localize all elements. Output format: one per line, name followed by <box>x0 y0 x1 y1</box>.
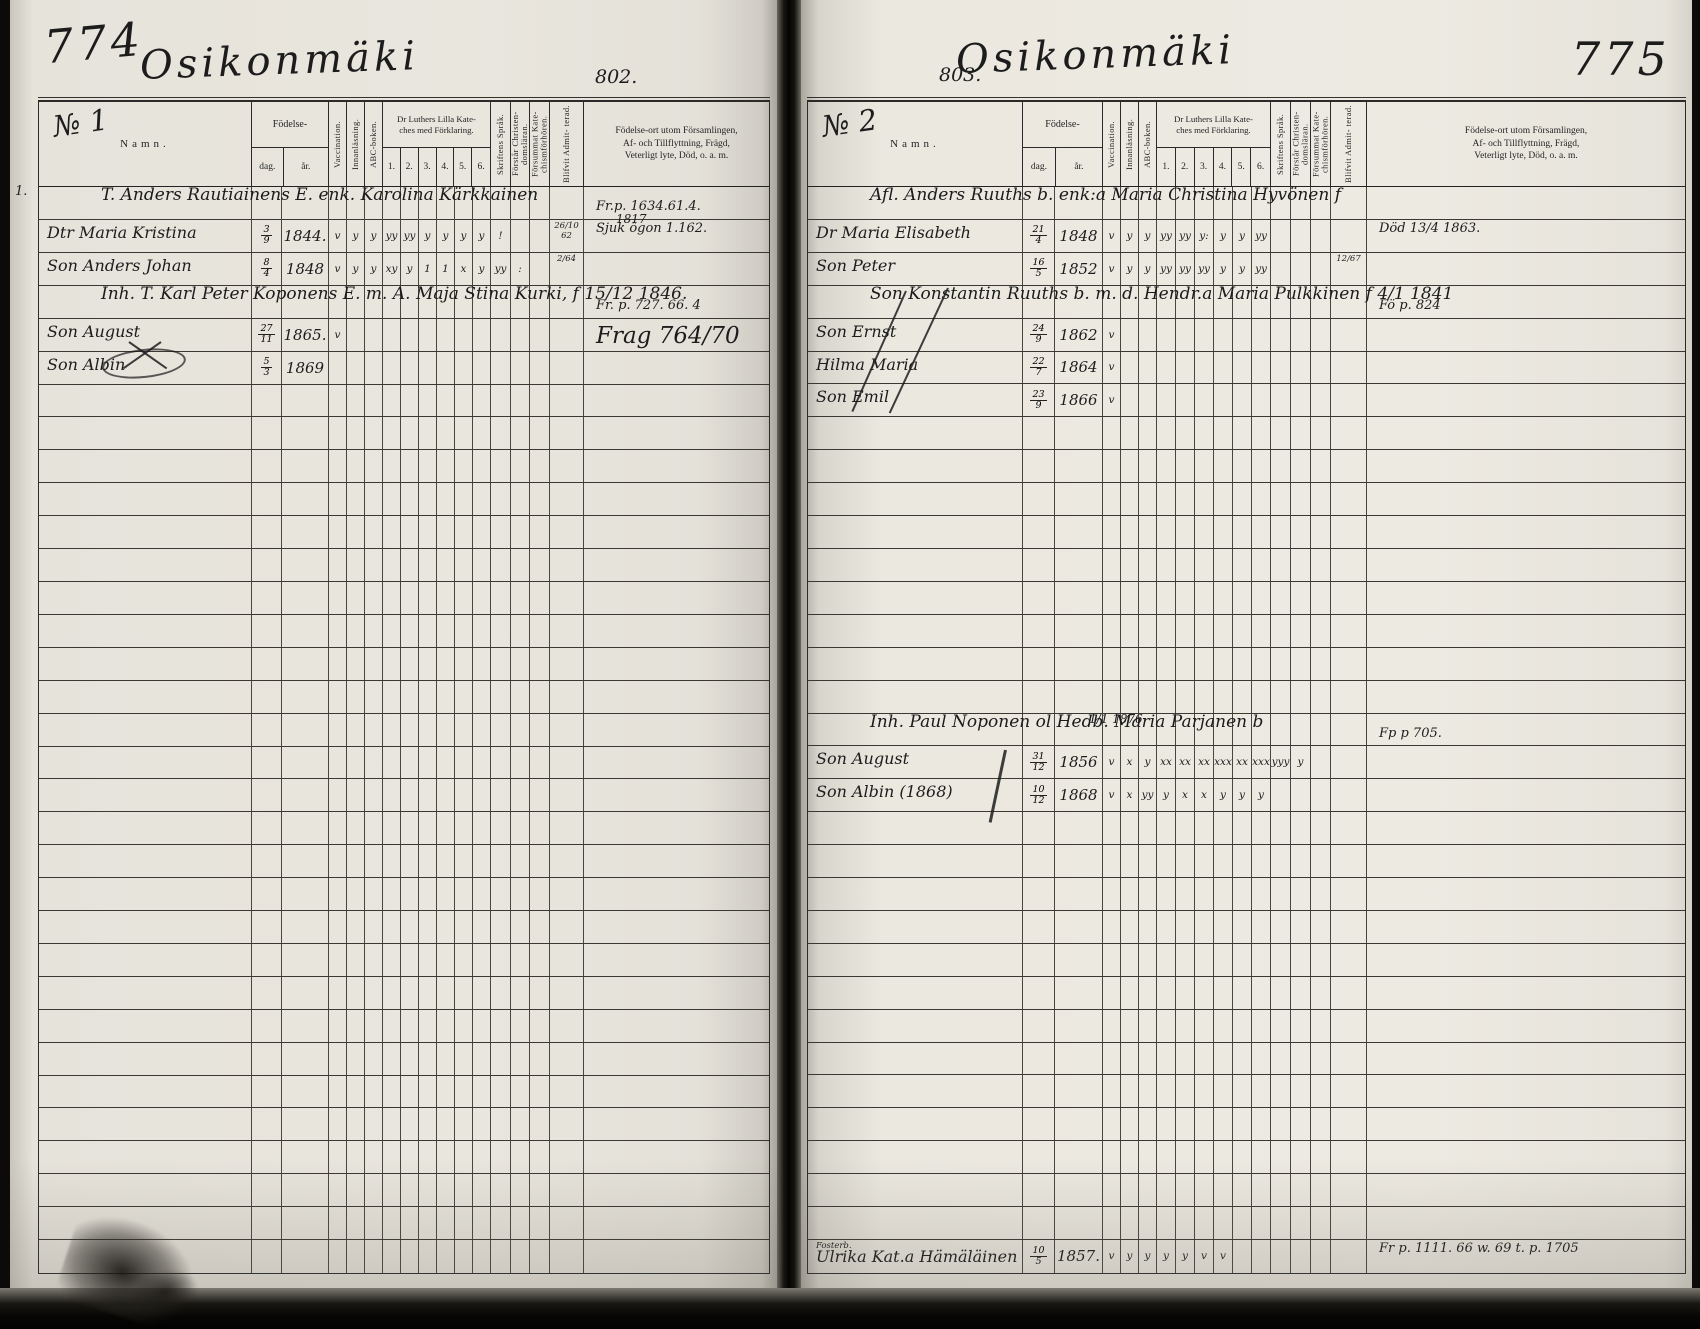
admitted-header: Blifvit Admit- terad. <box>1331 102 1366 186</box>
mark-cell: y <box>1176 1240 1195 1273</box>
admitted-cell <box>1331 417 1367 449</box>
mark-cell <box>329 779 347 811</box>
mark-cell <box>419 516 437 548</box>
mark-cell <box>329 450 347 482</box>
admitted-cell <box>550 878 584 910</box>
name-cell <box>808 516 1023 548</box>
mark-cell <box>347 483 365 515</box>
mark-cell <box>1195 384 1214 416</box>
mark-cell <box>1271 1174 1291 1206</box>
birth-day-cell <box>252 1010 282 1042</box>
remarks-cell <box>1367 1174 1685 1206</box>
mark-cell <box>1103 1043 1121 1075</box>
mark-cell: yy <box>383 220 401 252</box>
mark-cell <box>511 944 530 976</box>
birth-year-cell <box>282 878 329 910</box>
reading-header: Innanläsning. <box>347 102 364 186</box>
mark-cell <box>365 944 383 976</box>
col-admitted-header: Blifvit Admit- terad. <box>1331 102 1367 186</box>
mark-cell <box>347 779 365 811</box>
mark-cell <box>1311 253 1331 285</box>
remarks-header: Födelse-ort utom Församlingen,Af- och Ti… <box>1367 102 1685 186</box>
admitted-cell <box>1331 1043 1367 1075</box>
mark-cell <box>473 450 491 482</box>
name-cell: Son August <box>808 746 1023 778</box>
mark-cell <box>347 385 365 417</box>
birth-year-cell: 1865. <box>282 319 329 351</box>
admitted-cell <box>550 483 584 515</box>
mark-cell <box>383 779 401 811</box>
mark-cell <box>1157 1043 1176 1075</box>
mark-cell <box>383 450 401 482</box>
fraction-denominator: 12 <box>1032 796 1044 806</box>
mark-cell <box>383 878 401 910</box>
remarks-cell <box>1367 187 1685 219</box>
table-row: Dtr Maria Kristina391844.vyyyyyyyyyy!26/… <box>39 220 769 253</box>
mark-cell <box>1291 417 1311 449</box>
birth-subheaders: dag.år. <box>1023 147 1102 186</box>
mark-cell <box>383 1043 401 1075</box>
name-cell <box>808 1207 1023 1239</box>
admitted-cell <box>1331 549 1367 581</box>
understands-doctrine-header: Förstår Christen- domsläran. <box>511 102 529 186</box>
mark-cell <box>1233 516 1252 548</box>
mark-cell <box>530 944 550 976</box>
mark-cell <box>1311 878 1331 910</box>
mark-cell <box>1271 220 1291 252</box>
mark-cell <box>329 417 347 449</box>
remarks-cell <box>584 1076 769 1108</box>
birth-subheaders: dag.år. <box>252 147 328 186</box>
mark-cell <box>1252 319 1271 351</box>
table-row <box>39 779 769 812</box>
mark-cell <box>1311 582 1331 614</box>
table-row <box>808 648 1685 681</box>
mark-cell <box>511 1174 530 1206</box>
mark-cell <box>455 1141 473 1173</box>
mark-cell <box>511 450 530 482</box>
remarks-cell <box>1367 1141 1685 1173</box>
mark-cell <box>1214 878 1233 910</box>
mark-cell <box>491 1076 511 1108</box>
mark-cell: y <box>365 220 383 252</box>
table-row <box>808 977 1685 1010</box>
mark-cell <box>1139 582 1157 614</box>
mark-cell <box>1121 944 1139 976</box>
mark-cell: x <box>455 253 473 285</box>
birth-day-cell: 2711 <box>252 319 282 351</box>
birth-day-cell: 53 <box>252 352 282 384</box>
birth-day-fraction: 105 <box>1030 1246 1046 1267</box>
mark-cell <box>1252 582 1271 614</box>
page-right: 775 Osikonmäki 803. № 2Namn.Födelse-dag.… <box>801 0 1692 1288</box>
mark-cell <box>1271 648 1291 680</box>
mark-cell <box>347 615 365 647</box>
missed-examinations-header: Försummat Kate- chismförhören. <box>530 102 549 186</box>
mark-cell <box>329 1043 347 1075</box>
mark-cell <box>437 385 455 417</box>
mark-cell <box>401 714 419 746</box>
mark-cell <box>530 1108 550 1140</box>
name-cell <box>39 417 252 449</box>
table-row <box>808 1174 1685 1207</box>
mark-cell <box>1252 911 1271 943</box>
admitted-cell <box>1331 582 1367 614</box>
mark-cell <box>1271 1043 1291 1075</box>
name-cell <box>39 549 252 581</box>
mark-cell <box>511 812 530 844</box>
mark-cell <box>1311 845 1331 877</box>
mark-cell <box>1271 845 1291 877</box>
mark-cell <box>1291 911 1311 943</box>
remarks-cell <box>1367 352 1685 384</box>
mark-cell <box>419 747 437 779</box>
mark-cell <box>347 1240 365 1273</box>
remarks-cell <box>584 977 769 1009</box>
remarks-cell: Frag 764/70 <box>584 319 769 351</box>
mark-cell <box>1271 1108 1291 1140</box>
mark-cell <box>365 417 383 449</box>
mark-cell <box>1233 878 1252 910</box>
birth-year-cell <box>282 779 329 811</box>
name-cell <box>808 878 1023 910</box>
mark-cell <box>383 714 401 746</box>
mark-cell <box>1252 1207 1271 1239</box>
col-vaccination-header: Vaccination. <box>1103 102 1121 186</box>
mark-cell <box>365 812 383 844</box>
admitted-cell <box>550 714 584 746</box>
admitted-cell <box>550 615 584 647</box>
mark-cell <box>1233 681 1252 713</box>
mark-cell <box>473 1108 491 1140</box>
mark-cell <box>437 1010 455 1042</box>
mark-cell: : <box>511 253 530 285</box>
mark-cell <box>511 779 530 811</box>
abc-book-header: ABC-boken. <box>365 102 382 186</box>
mark-cell <box>1214 911 1233 943</box>
mark-cell <box>1121 417 1139 449</box>
col-missed-examinations-header: Försummat Kate- chismförhören. <box>530 102 550 186</box>
book-binding-gutter <box>777 0 801 1288</box>
mark-cell <box>473 417 491 449</box>
mark-cell <box>1271 1075 1291 1107</box>
mark-cell <box>511 747 530 779</box>
birth-year-cell <box>1055 483 1103 515</box>
mark-cell <box>1103 1207 1121 1239</box>
mark-cell: v <box>329 220 347 252</box>
table-row <box>39 450 769 483</box>
name-cell <box>808 1141 1023 1173</box>
mark-cell <box>491 1240 511 1273</box>
birth-day-cell <box>252 648 282 680</box>
birth-day-cell <box>252 483 282 515</box>
mark-cell <box>419 1108 437 1140</box>
mark-cell <box>1195 352 1214 384</box>
birth-year-cell <box>1055 1043 1103 1075</box>
mark-cell <box>401 648 419 680</box>
mark-cell <box>1233 812 1252 844</box>
mark-cell <box>1311 549 1331 581</box>
mark-cell <box>455 714 473 746</box>
remarks-cell <box>1367 648 1685 680</box>
mark-cell <box>1271 1207 1291 1239</box>
mark-cell: y <box>437 220 455 252</box>
mark-cell: y <box>1157 779 1176 811</box>
mark-cell <box>473 1207 491 1239</box>
name-cell <box>808 648 1023 680</box>
mark-cell <box>1139 1108 1157 1140</box>
fraction-denominator: 4 <box>263 269 269 279</box>
mark-cell <box>473 385 491 417</box>
mark-cell <box>437 648 455 680</box>
birth-day-cell <box>252 516 282 548</box>
birth-day-cell: 105 <box>1023 1240 1055 1273</box>
table-row <box>39 385 769 418</box>
mark-cell <box>1176 549 1195 581</box>
mark-cell <box>1195 549 1214 581</box>
mark-cell <box>1103 977 1121 1009</box>
mark-cell <box>1271 384 1291 416</box>
mark-cell <box>1139 911 1157 943</box>
mark-cell <box>511 714 530 746</box>
scan-bottom-edge <box>0 1288 1700 1329</box>
mark-cell <box>1252 977 1271 1009</box>
mark-cell <box>1291 845 1311 877</box>
admitted-cell <box>1331 483 1367 515</box>
mark-cell <box>419 648 437 680</box>
table-row <box>808 1108 1685 1141</box>
remarks-cell <box>1367 319 1685 351</box>
mark-cell <box>365 352 383 384</box>
family-header-name: Son Konstantin Ruuths b. m. d. Hendr.a M… <box>870 284 1453 304</box>
mark-cell <box>1121 384 1139 416</box>
table-row <box>39 615 769 648</box>
mark-cell <box>383 1141 401 1173</box>
mark-cell <box>491 1043 511 1075</box>
mark-cell <box>383 648 401 680</box>
birth-day-cell: 3112 <box>1023 746 1055 778</box>
mark-cell <box>1214 549 1233 581</box>
remarks-cell <box>584 714 769 746</box>
mark-cell <box>419 911 437 943</box>
col-reading-header: Innanläsning. <box>1121 102 1139 186</box>
remarks-cell <box>584 944 769 976</box>
name-cell: Son Anders Johan <box>39 253 252 285</box>
birth-year-cell <box>1055 450 1103 482</box>
mark-cell <box>383 483 401 515</box>
mark-cell: yy <box>401 220 419 252</box>
table-row <box>808 1141 1685 1174</box>
table-row <box>39 648 769 681</box>
remarks-line2: Af- och Tillflyttning, Frägd, <box>1473 138 1580 150</box>
admitted-cell <box>1331 714 1367 746</box>
mark-cell <box>1233 845 1252 877</box>
mark-cell <box>1121 977 1139 1009</box>
remarks-cell <box>584 681 769 713</box>
admitted-cell <box>1331 878 1367 910</box>
mark-cell <box>401 483 419 515</box>
mark-cell <box>1214 1010 1233 1042</box>
mark-cell: ! <box>491 220 511 252</box>
mark-cell <box>530 582 550 614</box>
mark-cell <box>511 516 530 548</box>
admitted-cell <box>1331 352 1367 384</box>
mark-cell <box>419 1076 437 1108</box>
mark-cell: y <box>1252 779 1271 811</box>
name-cell <box>808 549 1023 581</box>
mark-cell <box>1176 582 1195 614</box>
mark-cell <box>473 1240 491 1273</box>
remarks-cell <box>584 549 769 581</box>
mark-cell <box>347 417 365 449</box>
admitted-cell <box>550 549 584 581</box>
birth-day-fraction: 3112 <box>1030 752 1046 773</box>
table-row: Dr Maria Elisabeth2141848vyyyyyyy:yyyyDö… <box>808 220 1685 253</box>
name-cell <box>39 911 252 943</box>
birth-day-fraction: 39 <box>261 225 271 246</box>
mark-cell <box>1139 977 1157 1009</box>
person-name: Hilma Maria <box>816 355 918 374</box>
table-row <box>808 549 1685 582</box>
mark-cell <box>1311 450 1331 482</box>
mark-cell <box>1139 615 1157 647</box>
mark-cell <box>1195 1108 1214 1140</box>
mark-cell <box>365 779 383 811</box>
birth-day-fraction: 1012 <box>1030 785 1046 806</box>
mark-cell <box>511 1076 530 1108</box>
mark-cell <box>530 253 550 285</box>
mark-cell <box>437 1043 455 1075</box>
birth-day-cell <box>1023 681 1055 713</box>
mark-cell <box>1271 417 1291 449</box>
mark-cell <box>419 714 437 746</box>
mark-cell <box>1311 1043 1331 1075</box>
admitted-cell <box>550 516 584 548</box>
mark-cell <box>1176 944 1195 976</box>
mark-cell <box>1139 450 1157 482</box>
table-row: Son Ernst2491862v <box>808 319 1685 352</box>
birth-day-cell <box>252 615 282 647</box>
mark-cell <box>455 1010 473 1042</box>
mark-cell <box>1291 384 1311 416</box>
scripture-language-header: Skriftens Språk. <box>491 102 510 186</box>
remarks-cell <box>584 1141 769 1173</box>
mark-cell <box>1121 1043 1139 1075</box>
table-row <box>39 681 769 714</box>
birth-year-cell <box>282 1240 329 1273</box>
mark-cell <box>455 1207 473 1239</box>
mark-cell <box>347 944 365 976</box>
mark-cell <box>1176 417 1195 449</box>
mark-cell <box>1195 878 1214 910</box>
birth-day-cell <box>252 582 282 614</box>
mark-cell <box>1252 483 1271 515</box>
table-row <box>39 516 769 549</box>
mark-cell <box>437 1240 455 1273</box>
birth-day-cell <box>252 878 282 910</box>
mark-cell <box>401 352 419 384</box>
mark-cell <box>1157 516 1176 548</box>
birth-year-cell <box>282 1043 329 1075</box>
mark-cell <box>491 319 511 351</box>
mark-cell <box>347 681 365 713</box>
mark-cell <box>1176 648 1195 680</box>
mark-cell <box>1121 648 1139 680</box>
mark-cell <box>511 845 530 877</box>
name-cell: Son Ernst <box>808 319 1023 351</box>
remarks-cell: Sjuk ögon 1.162. <box>584 220 769 252</box>
mark-cell <box>1157 582 1176 614</box>
margin-note: 1. <box>15 184 27 199</box>
mark-cell <box>1176 319 1195 351</box>
mark-cell <box>1103 450 1121 482</box>
mark-cell <box>419 549 437 581</box>
mark-cell <box>1291 681 1311 713</box>
mark-cell <box>1214 319 1233 351</box>
mark-cell <box>1176 1043 1195 1075</box>
name-cell <box>39 977 252 1009</box>
mark-cell <box>473 1043 491 1075</box>
birth-day-cell <box>1023 1141 1055 1173</box>
name-cell <box>808 450 1023 482</box>
mark-cell <box>1176 450 1195 482</box>
name-cell <box>39 582 252 614</box>
birth-day-cell <box>252 747 282 779</box>
mark-cell <box>347 714 365 746</box>
birth-day-cell <box>1023 944 1055 976</box>
mark-cell: y <box>401 253 419 285</box>
mark-cell <box>401 1240 419 1273</box>
mark-cell <box>1311 417 1331 449</box>
family-header-name: Inh. T. Karl Peter Koponens E. m. A. Maj… <box>101 284 687 304</box>
mark-cell <box>455 615 473 647</box>
mark-cell <box>511 1010 530 1042</box>
mark-cell <box>1214 1174 1233 1206</box>
mark-cell <box>401 812 419 844</box>
mark-cell <box>1233 483 1252 515</box>
mark-cell <box>1291 352 1311 384</box>
mark-cell <box>1311 911 1331 943</box>
mark-cell <box>365 450 383 482</box>
birth-year-cell <box>282 582 329 614</box>
remarks-cell <box>1367 1207 1685 1239</box>
remarks-cell <box>584 385 769 417</box>
mark-cell <box>1252 516 1271 548</box>
admitted-cell <box>1331 779 1367 811</box>
mark-cell <box>1195 417 1214 449</box>
mark-cell <box>511 1240 530 1273</box>
mark-cell <box>401 1141 419 1173</box>
name-cell <box>39 1108 252 1140</box>
mark-cell <box>455 779 473 811</box>
mark-cell <box>1252 878 1271 910</box>
remarks-cell <box>584 779 769 811</box>
mark-cell <box>1311 812 1331 844</box>
mark-cell <box>455 319 473 351</box>
admitted-cell: 2/64 <box>550 253 584 285</box>
mark-cell <box>530 714 550 746</box>
mark-cell <box>1311 681 1331 713</box>
birth-year-cell <box>1055 582 1103 614</box>
mark-cell <box>365 1240 383 1273</box>
table-row <box>39 944 769 977</box>
catechism-number: 6. <box>1251 148 1270 186</box>
table-row <box>39 1076 769 1109</box>
table-row <box>808 1010 1685 1043</box>
table-row <box>808 812 1685 845</box>
remarks-cell <box>584 878 769 910</box>
birth-day-cell <box>1023 582 1055 614</box>
